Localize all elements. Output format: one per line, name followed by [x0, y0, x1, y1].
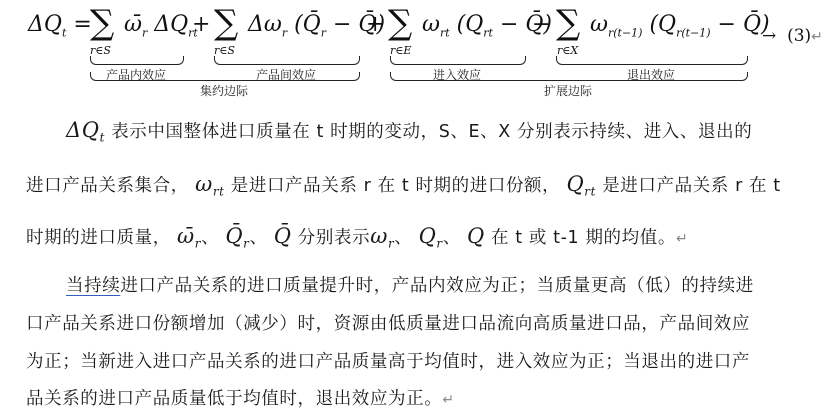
equation-lhs: ΔQt = — [28, 12, 92, 39]
label-extensive-margin: 扩展边际 — [544, 82, 592, 99]
sum-sign-4: ∑ — [556, 6, 580, 40]
label-intensive-margin: 集约边际 — [200, 82, 248, 99]
arrow-icon: → — [762, 26, 776, 46]
text: 时期的进口质量， — [26, 228, 171, 248]
plus-operator-1: + — [192, 12, 210, 37]
paragraph-mark-icon: ↵ — [811, 29, 823, 45]
equation-number-label: (3) — [787, 26, 811, 46]
separator: 、 — [250, 228, 268, 248]
math-subscript: t — [100, 131, 105, 145]
underbrace-exit — [556, 56, 748, 65]
math-omega: ω — [195, 172, 213, 196]
term-2-body: Δωr (Q̄r − Q̄) — [248, 12, 385, 39]
math-omega: ω — [370, 224, 388, 248]
equation-number: → (3)↵ — [762, 26, 823, 46]
paragraph-mark-icon: ↵ — [676, 231, 688, 247]
math-q: Q — [566, 172, 584, 196]
text: 进口产品关系集合， — [26, 176, 189, 196]
math-omega-bar: ω̄ — [177, 224, 195, 248]
math-subscript: rt — [584, 185, 596, 199]
paragraph-2-line-3: 为正；当新进入进口产品关系的进口产品质量高于均值时，进入效应为正；当退出的进口产 — [26, 348, 750, 373]
underbrace-entry — [390, 56, 526, 65]
math-q-r: Q — [419, 224, 437, 248]
separator: 、 — [394, 228, 412, 248]
paragraph-1-line-1: ΔQt 表示中国整体进口质量在 t 时期的变动，S、E、X 分别表示持续、进入、… — [66, 118, 752, 145]
math-delta-q: ΔQ — [66, 118, 100, 142]
text: 是进口产品关系 r 在 t — [602, 176, 781, 196]
text: 分别表示 — [298, 228, 370, 248]
math-subscript: rt — [213, 185, 225, 199]
text: 品关系的进口产品质量低于均值时，退出效应为正。 — [26, 389, 442, 409]
paragraph-2-line-2: 口产品关系进口份额增加（减少）时，资源由低质量进口品流向高质量进口品，产品间效应 — [26, 310, 750, 335]
paragraph-1-line-3: 时期的进口质量， ω̄r、 Q̄r、 Q̄ 分别表示ωr、 Qr、 Q 在 t … — [26, 224, 688, 251]
sum-sign-2: ∑ — [214, 6, 238, 40]
minus-operator: − — [532, 12, 550, 37]
underbrace-intensive-margin — [90, 72, 360, 81]
term-4-body: ωr(t−1) (Qr(t−1) − Q̄) — [590, 12, 770, 39]
math-q: Q — [467, 224, 485, 248]
sum-sign-1: ∑ — [90, 6, 114, 40]
equation-3: ΔQt = ∑ r∈S ω̄r ΔQrt + ∑ r∈S Δωr (Q̄r − … — [0, 0, 832, 100]
term-1-body: ω̄r ΔQrt — [124, 12, 198, 39]
text: 进口产品关系的进口质量提升时，产品内效应为正；当质量更高（低）的持续进 — [120, 276, 754, 296]
spellcheck-underlined-text[interactable]: 当持续 — [66, 276, 120, 296]
paragraph-2-line-1: 当持续进口产品关系的进口质量提升时，产品内效应为正；当质量更高（低）的持续进 — [66, 272, 754, 297]
math-q-bar-r: Q̄ — [225, 224, 243, 248]
text: 在 t 或 t-1 期的均值。 — [491, 228, 676, 248]
plus-operator-2: + — [366, 12, 384, 37]
paragraph-1-line-2: 进口产品关系集合， ωrt 是进口产品关系 r 在 t 时期的进口份额， Qrt… — [26, 172, 781, 199]
lhs-subscript: t — [62, 26, 66, 39]
paragraph-mark-icon: ↵ — [442, 392, 454, 408]
text: 是进口产品关系 r 在 t 时期的进口份额， — [231, 176, 561, 196]
lhs-symbol: ΔQ — [28, 12, 62, 37]
paragraph-2-line-4: 品关系的进口产品质量低于均值时，退出效应为正。↵ — [26, 385, 455, 410]
separator: 、 — [201, 228, 219, 248]
separator: 、 — [443, 228, 461, 248]
sum-sign-3: ∑ — [388, 6, 412, 40]
text: 表示中国整体进口质量在 t 时期的变动，S、E、X 分别表示持续、进入、退出的 — [111, 122, 752, 142]
underbrace-between-product — [214, 56, 360, 65]
underbrace-within-product — [90, 56, 184, 65]
underbrace-extensive-margin — [390, 72, 748, 81]
math-q-bar: Q̄ — [274, 224, 292, 248]
